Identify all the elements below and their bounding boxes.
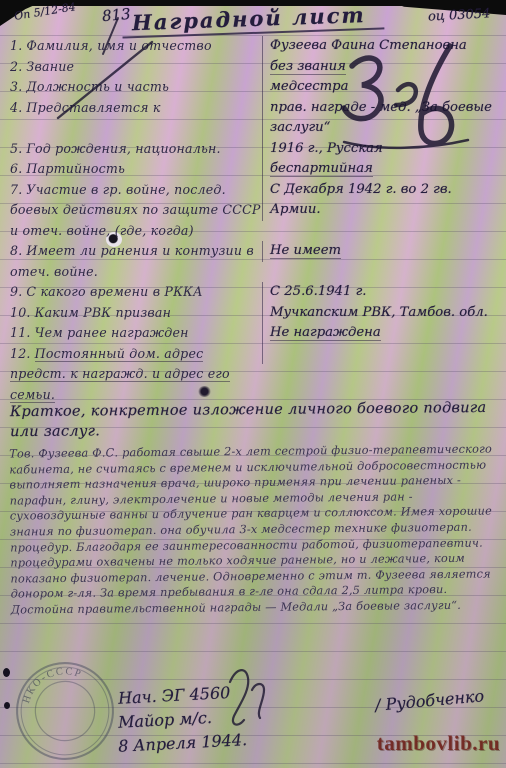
field-row-rank: 2.Звание без звания bbox=[10, 57, 498, 78]
field-label: С какого времени в РККА bbox=[26, 284, 202, 299]
field-value: беспартийная bbox=[270, 161, 373, 177]
field-value bbox=[262, 344, 498, 365]
field-value: С Декабря 1942 г. во 2 гв. Армии. bbox=[262, 180, 498, 221]
field-number: 11. bbox=[10, 325, 31, 340]
field-row-position: 3.Должность и часть медсестра bbox=[10, 77, 498, 98]
field-label: Год рождения, национальн. bbox=[26, 141, 220, 156]
field-number: 9. bbox=[10, 284, 22, 299]
field-number: 2. bbox=[10, 59, 22, 74]
ink-speck bbox=[4, 702, 10, 709]
field-label: Фамилия, имя и отчество bbox=[26, 38, 211, 53]
field-number: 12. bbox=[10, 346, 31, 361]
field-number: 3. bbox=[10, 79, 22, 94]
citation-section: Краткое, конкретное изложение личного бо… bbox=[10, 400, 498, 616]
field-number: 4. bbox=[10, 100, 22, 115]
field-row-award: 4.Представляется к прав. награде - мед. … bbox=[10, 98, 498, 139]
field-number: 10. bbox=[10, 305, 31, 320]
field-value: Не награждена bbox=[270, 325, 381, 341]
citation-heading: Краткое, конкретное изложение личного бо… bbox=[10, 398, 498, 442]
field-label: Постоянный дом. адрес предст. к награжд.… bbox=[10, 346, 230, 403]
citation-body: Тов. Фузеева Ф.С. работая свыше 2-х лет … bbox=[9, 441, 499, 618]
field-row-birth: 5.Год рождения, национальн. 1916 г., Рус… bbox=[10, 139, 498, 160]
field-row-surname: 1.Фамилия, имя и отчество Фузеева Фаина … bbox=[10, 36, 498, 57]
field-number: 1. bbox=[10, 38, 22, 53]
field-label: Звание bbox=[26, 59, 74, 74]
field-row-rkka-since: 9.С какого времени в РККА С 25.6.1941 г. bbox=[10, 282, 498, 303]
field-number: 6. bbox=[10, 161, 22, 176]
field-label: Партийность bbox=[26, 161, 125, 176]
field-value: Не имеет bbox=[270, 243, 341, 259]
form-fields: 1.Фамилия, имя и отчество Фузеева Фаина … bbox=[10, 36, 498, 405]
field-value: медсестра bbox=[262, 77, 498, 98]
field-number: 7. bbox=[10, 182, 22, 197]
field-number: 8. bbox=[10, 243, 22, 258]
field-row-prior-awards: 11.Чем ранее награжден Не награждена bbox=[10, 323, 498, 344]
field-row-home-address: 12.Постоянный дом. адрес предст. к награ… bbox=[10, 344, 498, 406]
field-row-war-participation: 7.Участие в гр. войне, послед. боевых де… bbox=[10, 180, 498, 242]
field-number: 5. bbox=[10, 141, 22, 156]
field-value: Мучкапским РВК, Тамбов. обл. bbox=[262, 303, 498, 324]
round-stamp-nko-sssr: НКО-СССР bbox=[3, 649, 127, 768]
field-value: прав. награде - мед. „За боевые заслуги“ bbox=[262, 98, 498, 139]
field-row-wounds: 8.Имеет ли ранения и контузии в отеч. во… bbox=[10, 241, 498, 282]
field-label: Каким РВК призван bbox=[35, 305, 172, 320]
field-label: Чем ранее награжден bbox=[35, 325, 189, 340]
field-row-drafted-by: 10.Каким РВК призван Мучкапским РВК, Там… bbox=[10, 303, 498, 324]
document-title: Наградной лист bbox=[122, 1, 385, 38]
field-value: без звания bbox=[270, 59, 346, 75]
field-label: Представляется к bbox=[26, 100, 160, 115]
field-label: Должность и часть bbox=[26, 79, 169, 94]
field-label: Участие в гр. войне, послед. боевых дейс… bbox=[10, 182, 261, 238]
field-label: Имеет ли ранения и контузии в отеч. войн… bbox=[10, 243, 254, 279]
signature-text: / Рудобченко bbox=[374, 686, 484, 714]
field-row-party: 6.Партийность беспартийная bbox=[10, 159, 498, 180]
library-watermark: tambovlib.ru bbox=[377, 731, 500, 756]
field-value: С 25.6.1941 г. bbox=[262, 282, 498, 303]
field-value: 1916 г., Русская bbox=[262, 139, 498, 160]
field-value: Фузеева Фаина Степановна bbox=[262, 36, 498, 57]
scanned-award-document: Оп 5/12-84 813 оц 03054 Наградной лист 1… bbox=[0, 0, 506, 768]
signature-block: Нач. ЭГ 4560 Майор м/с. 8 Апреля 1944. bbox=[118, 680, 378, 752]
